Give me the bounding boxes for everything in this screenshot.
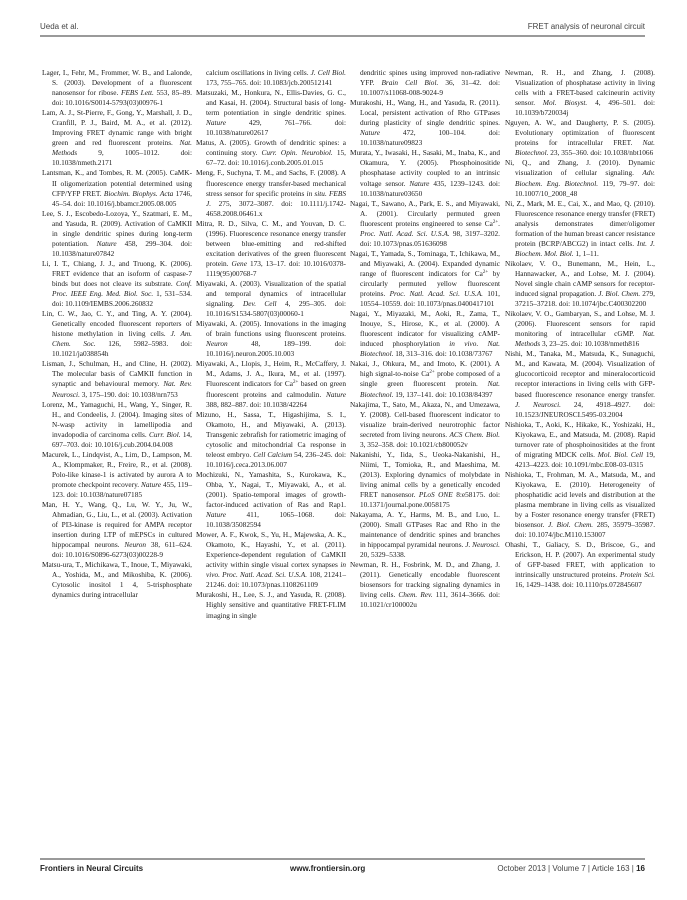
reference-text: Nagai, T., Sawano, A., Park, E. S., and … — [350, 199, 500, 228]
reference-text: Mower, A. F., Kwok, S., Yu, H., Majewska… — [196, 530, 346, 569]
reference-entry: Ni, Q., and Zhang, J. (2010). Dynamic vi… — [505, 158, 655, 198]
reference-citation[interactable]: 388, 882–887. doi: 10.1038/42264 — [206, 400, 307, 409]
reference-text: Mochizuki, N., Yamashita, S., Kurokawa, … — [196, 470, 346, 509]
journal-title: J. Biol. Chem. — [548, 520, 593, 529]
reference-citation[interactable]: 3, 175–190. doi: 10.1038/nrn753 — [80, 390, 178, 399]
reference-citation[interactable]: 48, 189–199. doi: 10.1016/j.neuron.2005.… — [206, 339, 346, 358]
journal-title: Nature — [206, 118, 226, 127]
reference-citation[interactable]: 1, 1–11. — [574, 249, 599, 258]
reference-entry: Nagai, Y., Miyazaki, M., Aoki, R., Zama,… — [350, 309, 500, 359]
reference-entry: Ohashi, T., Galiacy, S. D., Briscoe, G.,… — [505, 540, 655, 590]
page-footer: Frontiers in Neural Circuits www.frontie… — [40, 864, 645, 878]
reference-text: Nikolaev, V. O., Gambaryan, S., and Lohs… — [505, 309, 655, 338]
page-header: Ueda et al. FRET analysis of neuronal ci… — [40, 20, 645, 34]
journal-title: Protein Sci. — [620, 570, 655, 579]
reference-citation[interactable]: 472, 100–104. doi: 10.1038/nature09823 — [360, 128, 500, 147]
reference-text: calcium oscillations in living cells. — [206, 68, 311, 77]
reference-entry: Nakajima, T., Sato, M., Akaza, N., and U… — [350, 400, 500, 450]
reference-text: Nguyen, A. W., and Daugherty, P. S. (200… — [505, 118, 655, 147]
header-rule — [40, 35, 645, 37]
reference-entry: Mochizuki, N., Yamashita, S., Kurokawa, … — [196, 470, 346, 530]
reference-text: Murakoshi, H., Lee, S. J., and Yasuda, R… — [196, 590, 346, 619]
reference-entry: Miyawaki, A. (2003). Visualization of th… — [196, 279, 346, 319]
footer-issue-info: October 2013 | Volume 7 | Article 163 | … — [497, 864, 645, 873]
reference-citation[interactable]: 23, 355–360. doi: 10.1038/nbt1066 — [548, 148, 653, 157]
reference-entry: Mizuno, H., Sassa, T., Higashijima, S. I… — [196, 410, 346, 470]
header-running-title: FRET analysis of neuronal circuit — [528, 22, 645, 31]
reference-entry: Nishioka, T., Aoki, K., Hikake, K., Yosh… — [505, 420, 655, 470]
reference-entry: Ni, Z., Mark, M. E., Cai, X., and Mao, Q… — [505, 199, 655, 259]
reference-entry-continued: dendritic spines using improved non-radi… — [350, 68, 500, 98]
reference-entry-continued: calcium oscillations in living cells. J.… — [196, 68, 346, 88]
journal-title: Nature — [97, 239, 117, 248]
reference-entry: Nagai, T., Yamada, S., Tominaga, T., Ich… — [350, 249, 500, 309]
journal-title: Mol. Biosyst. — [543, 98, 587, 107]
reference-entry: Lisman, J., Schulman, H., and Cline, H. … — [42, 359, 192, 399]
reference-entry: Newman, R. H., Fosbrink, M. D., and Zhan… — [350, 560, 500, 610]
header-authors: Ueda et al. — [40, 22, 79, 31]
reference-text: Ni, Q., and Zhang, J. (2010). Dynamic vi… — [505, 158, 655, 177]
reference-text: Miyawaki, A. (2005). Innovations in the … — [196, 319, 346, 338]
reference-entry: Nakanishi, Y., Iida, S., Ueoka-Nakanishi… — [350, 450, 500, 510]
reference-entry: Nguyen, A. W., and Daugherty, P. S. (200… — [505, 118, 655, 158]
reference-text: Matsu-ura, T., Michikawa, T., Inoue, T.,… — [42, 560, 192, 599]
journal-title: J. Cell Biol. — [311, 68, 346, 77]
reference-entry: Man, H. Y., Wang, Q., Lu, W. Y., Ju, W.,… — [42, 500, 192, 560]
reference-entry: Matsuzaki, M., Honkura, N., Ellis-Davies… — [196, 88, 346, 138]
reference-entry: Murakoshi, H., Lee, S. J., and Yasuda, R… — [196, 590, 346, 620]
journal-title: Proc. Natl. Acad. Sci. U.S.A. — [360, 229, 450, 238]
journal-title: Chem. Rev. — [398, 590, 432, 599]
page-number: 16 — [636, 864, 645, 873]
reference-citation[interactable]: 3, 352–358. doi: 10.1021/cb800052v — [360, 440, 468, 449]
journal-title: Brain Cell Biol. — [381, 78, 438, 87]
journal-title: FEBS Lett. — [121, 88, 154, 97]
journal-title: Nature — [360, 128, 380, 137]
reference-text: Nishi, M., Tanaka, M., Matsuda, K., Suna… — [505, 349, 655, 398]
journal-title: Nature — [206, 510, 226, 519]
reference-entry: Lorenz, M., Yamaguchi, H., Wang, Y., Sin… — [42, 400, 192, 450]
reference-text: . — [498, 219, 500, 228]
reference-text: Ni, Z., Mark, M. E., Cai, X., and Mao, Q… — [505, 199, 655, 248]
reference-column-2: calcium oscillations in living cells. J.… — [196, 68, 346, 621]
reference-citation[interactable]: 18, 313–316. doi: 10.1038/73767 — [393, 349, 492, 358]
reference-entry: Mower, A. F., Kwok, S., Yu, H., Majewska… — [196, 530, 346, 590]
reference-entry: Murata, Y., Iwasaki, H., Sasaki, M., Ina… — [350, 148, 500, 198]
journal-title: Nature — [409, 179, 429, 188]
footer-issue-text: October 2013 | Volume 7 | Article 163 | — [497, 864, 636, 873]
reference-column-4: Newman, R. H., and Zhang, J. (2008). Vis… — [505, 68, 655, 590]
journal-title: Gene — [232, 259, 247, 268]
journal-title: J. Biol. Chem. — [598, 289, 640, 298]
reference-citation[interactable]: 3, 23–25. doi: 10.1038/nmeth816 — [540, 339, 639, 348]
reference-entry: Matus, A. (2005). Growth of dendritic sp… — [196, 138, 346, 168]
journal-title: Nature — [326, 390, 346, 399]
reference-entry: Nagai, T., Sawano, A., Park, E. S., and … — [350, 199, 500, 249]
journal-title: Biochim. Biophys. Acta — [104, 189, 173, 198]
reference-citation[interactable]: 411, 1065–1068. doi: 10.1038/35082594 — [206, 510, 346, 529]
reference-citation[interactable]: 429, 761–766. doi: 10.1038/nature02617 — [206, 118, 346, 137]
reference-citation[interactable]: 275, 3072–3087. doi: 10.1111/j.1742-4658… — [206, 199, 346, 218]
journal-title: Curr. Biol. — [149, 430, 181, 439]
reference-entry: Li, I. T., Chiang, J. J., and Truong, K.… — [42, 259, 192, 309]
reference-entry: Matsu-ura, T., Michikawa, T., Inoue, T.,… — [42, 560, 192, 600]
reference-entry: Newman, R. H., and Zhang, J. (2008). Vis… — [505, 68, 655, 118]
journal-title: Mol. Biol. Cell — [598, 450, 643, 459]
journal-title: PLoS ONE — [419, 490, 453, 499]
journal-title: J. Neurosci. — [465, 540, 500, 549]
journal-title: Neuron — [206, 339, 228, 348]
reference-entry: Meng, F., Suchyna, T. M., and Sachs, F. … — [196, 168, 346, 218]
journal-title: Neuron — [124, 540, 146, 549]
reference-entry: Miyawaki, A. (2005). Innovations in the … — [196, 319, 346, 359]
reference-citation[interactable]: 19, 137–141. doi: 10.1038/84397 — [393, 390, 492, 399]
reference-entry: Lee, S. J., Escobedo-Lozoya, Y., Szatmar… — [42, 209, 192, 259]
reference-text: Lam, A. J., St-Pierre, F., Gong, Y., Mar… — [42, 108, 192, 147]
footer-website-link[interactable]: www.frontiersin.org — [290, 864, 365, 873]
reference-text: Matsuzaki, M., Honkura, N., Ellis-Davies… — [196, 88, 346, 117]
reference-text: Li, I. T., Chiang, J. J., and Truong, K.… — [42, 259, 192, 288]
reference-citation[interactable]: 16, 1429–1438. doi: 10.1110/ps.072845607 — [515, 580, 642, 589]
reference-entry: Macurek, L., Lindqvist, A., Lim, D., Lam… — [42, 450, 192, 500]
reference-entry: Nishioka, T., Frohman, M. A., Matsuda, M… — [505, 470, 655, 540]
footer-rule — [40, 858, 645, 860]
reference-text: Murakoshi, H., Wang, H., and Yasuda, R. … — [350, 98, 500, 127]
reference-column-1: Lager, I., Fehr, M., Frommer, W. B., and… — [42, 68, 192, 600]
journal-title: J. Neurosci. — [515, 400, 561, 409]
journal-title: Proc. Natl. Acad. Sci. U.S.A. — [390, 289, 483, 298]
journal-title: Cell Calcium — [253, 450, 292, 459]
footer-journal-name: Frontiers in Neural Circuits — [40, 864, 143, 873]
reference-entry: Nishi, M., Tanaka, M., Matsuda, K., Suna… — [505, 349, 655, 419]
reference-text: Nagai, T., Yamada, S., Tominaga, T., Ich… — [350, 249, 500, 278]
reference-entry: Nikolaev, V. O., Gambaryan, S., and Lohs… — [505, 309, 655, 349]
reference-entry: Lantsman, K., and Tombes, R. M. (2005). … — [42, 168, 192, 208]
journal-title: Dev. Cell — [243, 299, 277, 308]
journal-title: Nature — [141, 480, 161, 489]
reference-entry: Murakoshi, H., Wang, H., and Yasuda, R. … — [350, 98, 500, 148]
reference-entry: Nikolaev, V. O., Bunemann, M., Hein, L.,… — [505, 259, 655, 309]
reference-entry: Lin, C. W., Jao, C. Y., and Ting, A. Y. … — [42, 309, 192, 359]
reference-entry: Mitra, R. D., Silva, C. M., and Youvan, … — [196, 219, 346, 279]
references-body: Lager, I., Fehr, M., Frommer, W. B., and… — [42, 68, 647, 853]
reference-entry: Miyawaki, A., Llopis, J., Heim, R., McCa… — [196, 359, 346, 409]
journal-title: ACS Chem. Biol. — [449, 430, 500, 439]
reference-entry: Lam, A. J., St-Pierre, F., Gong, Y., Mar… — [42, 108, 192, 168]
reference-citation[interactable]: 173, 755–765. doi: 10.1083/jcb.200512141 — [206, 78, 332, 87]
reference-citation[interactable]: 20, 5329–5338. — [360, 550, 406, 559]
reference-column-3: dendritic spines using improved non-radi… — [350, 68, 500, 611]
journal-title: Curr. Opin. Neurobiol. — [262, 148, 333, 157]
reference-text: Lin, C. W., Jao, C. Y., and Ting, A. Y. … — [42, 309, 192, 338]
reference-entry: Nakai, J., Ohkura, M., and Imoto, K. (20… — [350, 359, 500, 399]
reference-entry: Lager, I., Fehr, M., Frommer, W. B., and… — [42, 68, 192, 108]
reference-entry: Nakayama, A. Y., Harms, M. B., and Luo, … — [350, 510, 500, 560]
